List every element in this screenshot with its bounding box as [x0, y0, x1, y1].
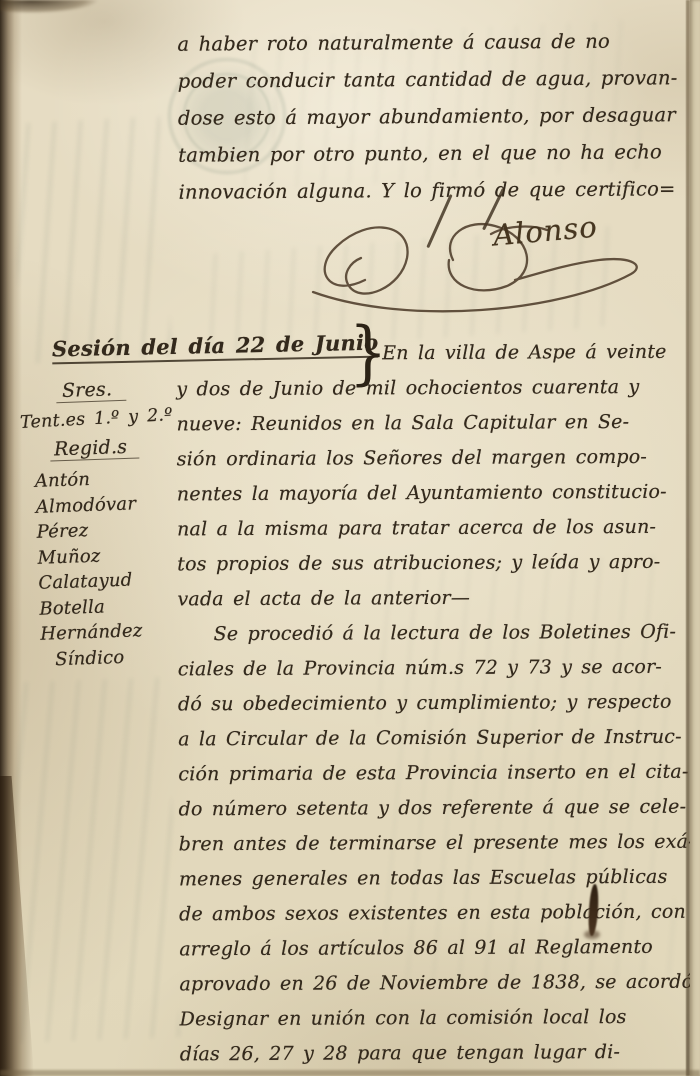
manuscript-line: ciales de la Provincia núm.s 72 y 73 y s… — [178, 650, 686, 688]
manuscript-line: y dos de Junio de mil ochocientos cuaren… — [176, 370, 684, 408]
manuscript-line: nal a la misma para tratar acerca de los… — [177, 510, 685, 548]
manuscript-line: poder conducir tanta cantidad de agua, p… — [178, 59, 670, 99]
manuscript-line: tos propios de sus atribuciones; y leída… — [177, 545, 685, 583]
page-bottom-edge — [0, 1070, 700, 1076]
session-body: En la villa de Aspe á veinte y dos de Ju… — [176, 335, 688, 1073]
manuscript-line: Se procedió á la lectura de los Boletine… — [178, 615, 686, 653]
manuscript-line: días 26, 27 y 28 para que tengan lugar d… — [180, 1035, 688, 1073]
attendee-name: Hernández — [40, 618, 143, 647]
manuscript-line: a haber roto naturalmente á causa de no — [177, 22, 669, 62]
manuscript-line: nentes la mayoría del Ayuntamiento const… — [177, 475, 685, 513]
regidores-header: Regid.s — [50, 435, 140, 461]
attendee-name: Calatayud — [38, 567, 141, 596]
manuscript-line: nueve: Reunidos en la Sala Capitular en … — [176, 405, 684, 443]
attendee-name: Almodóvar — [35, 491, 138, 520]
attendees-header: Sres. — [56, 378, 127, 403]
closing-paragraph: a haber roto naturalmente á causa de no … — [177, 22, 670, 210]
manuscript-line: a la Circular de la Comisión Superior de… — [178, 720, 686, 758]
manuscript-line: dó su obedecimiento y cumplimiento; y re… — [178, 685, 686, 723]
attendee-name: Muñoz — [37, 542, 140, 571]
attendee-name: Síndico — [41, 644, 144, 673]
manuscript-page: a haber roto naturalmente á causa de no … — [0, 0, 700, 1076]
manuscript-line: menes generales en todas las Escuelas pú… — [179, 860, 687, 898]
manuscript-line: arreglo á los artículos 86 al 91 al Regl… — [179, 930, 687, 968]
manuscript-line: aprovado en 26 de Noviembre de 1838, se … — [179, 965, 687, 1003]
manuscript-line: do número setenta y dos referente á que … — [178, 790, 686, 828]
manuscript-line: ción primaria de esta Provincia inserto … — [178, 755, 686, 793]
attendee-name: Botella — [39, 593, 142, 622]
torn-corner — [0, 0, 110, 26]
attendee-roles: Tent.es 1.º y 2.º — [20, 405, 174, 433]
attendee-name-list: Antón Almodóvar Pérez Muñoz Calatayud Bo… — [34, 465, 143, 672]
next-page-edge — [690, 0, 700, 1076]
manuscript-line: dose esto á mayor abundamiento, por desa… — [178, 96, 670, 136]
ghost-writing — [10, 116, 172, 364]
manuscript-line: En la villa de Aspe á veinte — [176, 335, 684, 373]
manuscript-line: vada el acta de la anterior— — [177, 580, 685, 618]
manuscript-line: tambien por otro punto, en el que no ha … — [178, 133, 670, 173]
manuscript-line: bren antes de terminarse el presente mes… — [179, 825, 687, 863]
ink-smudge — [584, 930, 600, 939]
manuscript-line: de ambos sexos existentes en esta poblac… — [179, 895, 687, 933]
attendee-name: Antón — [34, 465, 137, 494]
attendee-name: Pérez — [36, 516, 139, 545]
manuscript-line: Designar en unión con la comisión local … — [180, 1000, 688, 1038]
ghost-writing — [8, 677, 180, 1042]
manuscript-line: sión ordinaria los Señores del margen co… — [177, 440, 685, 478]
